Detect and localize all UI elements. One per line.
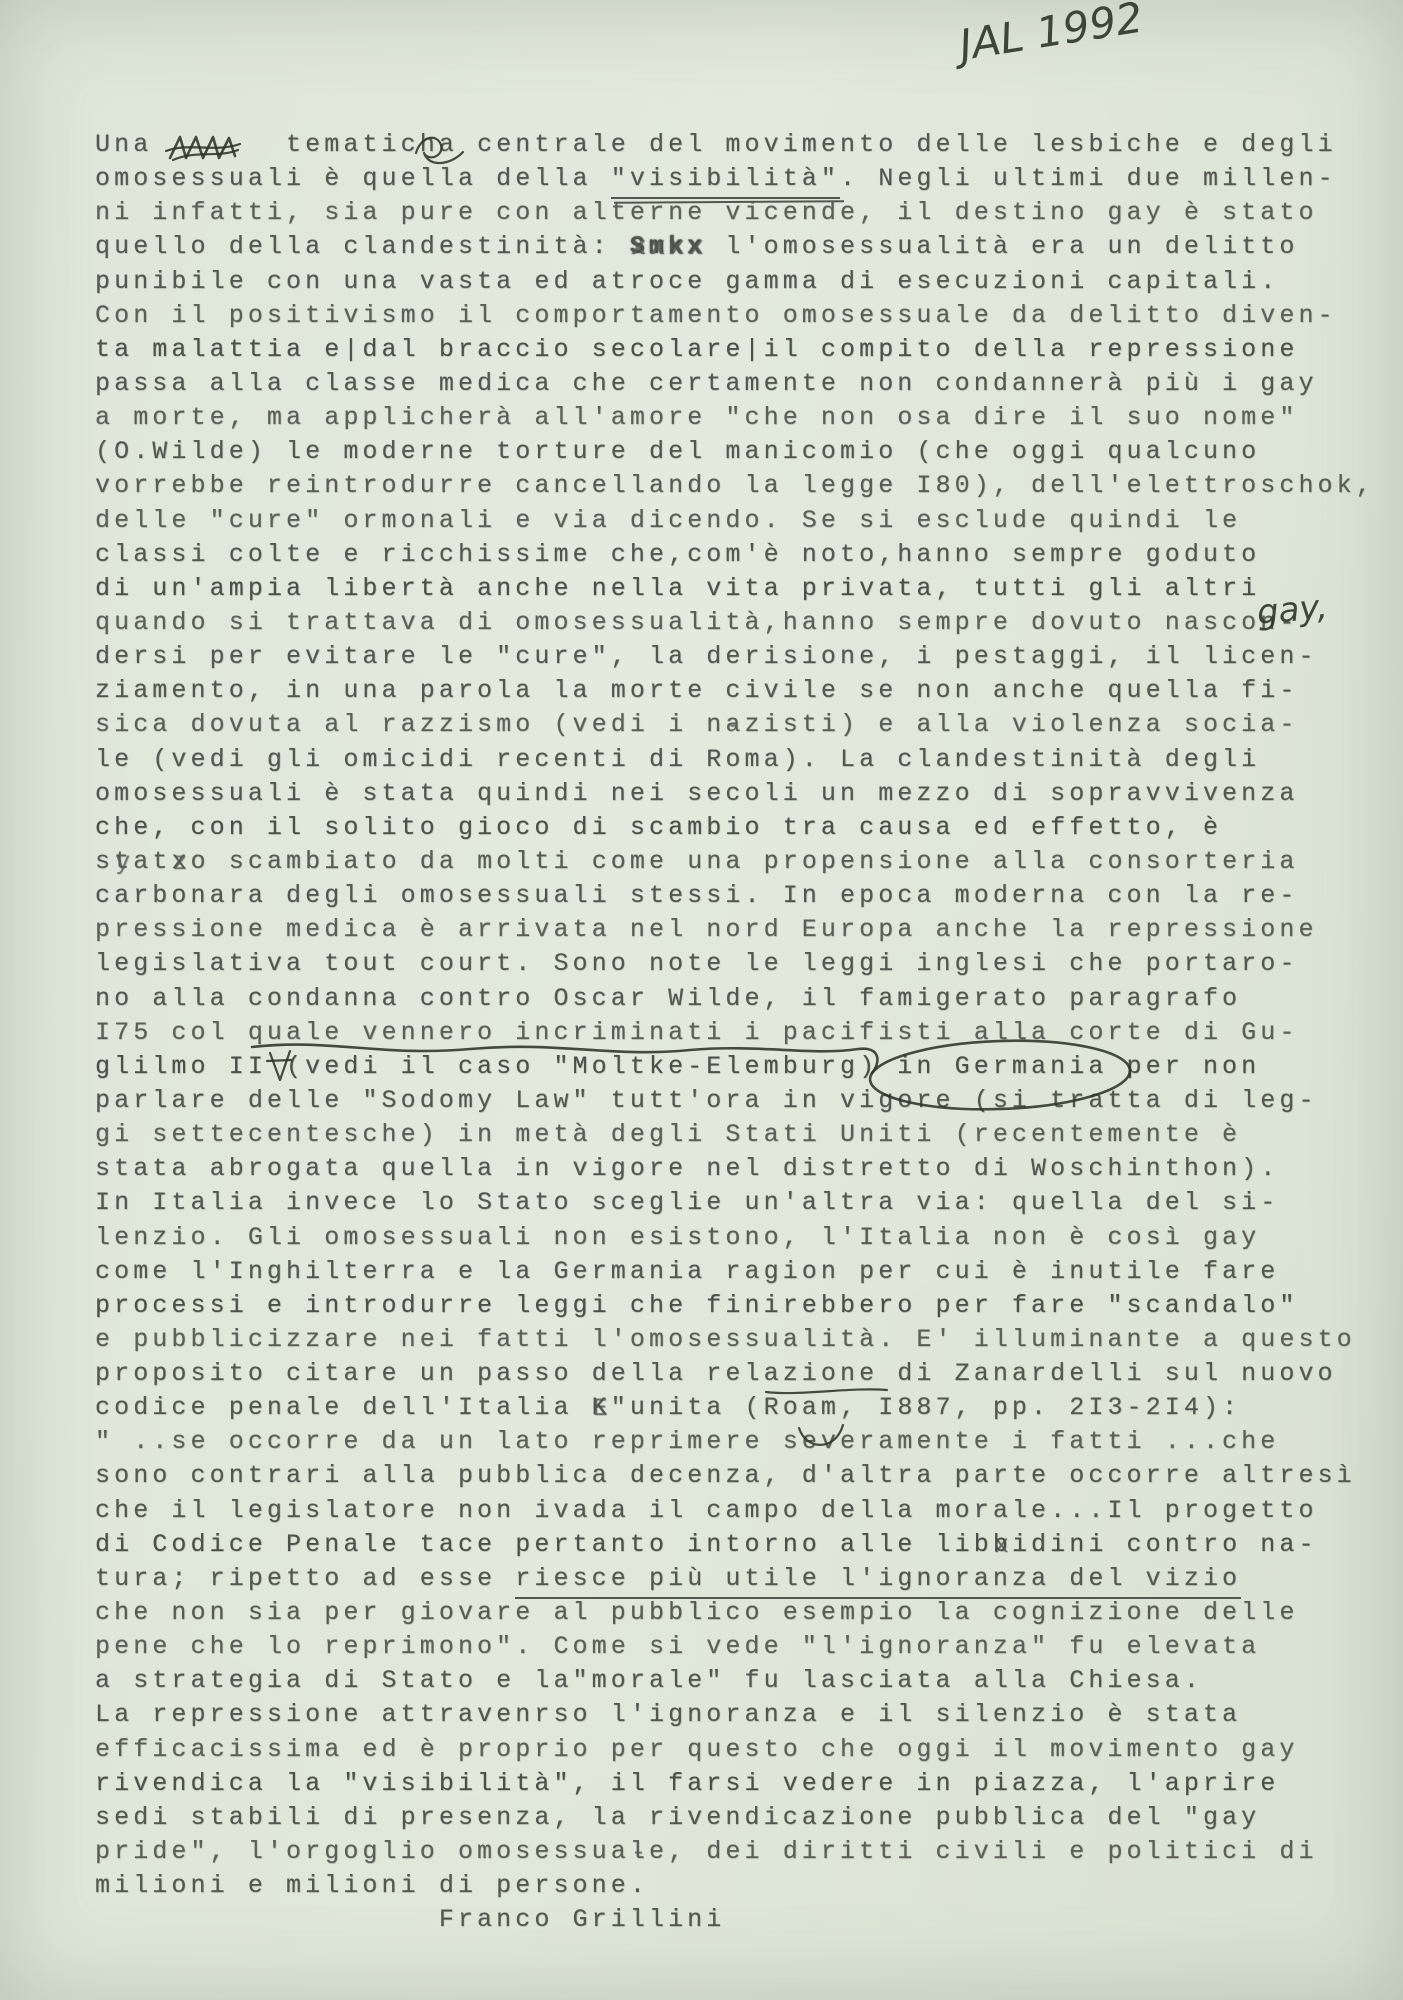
typed-line: efficacissima ed è proprio per questo ch… [95,1733,1375,1767]
typed-line: sica dovuta al razzismo (vedi i nazisti)… [95,708,1375,742]
typed-segment: carbonara degli omosessuali stessi. In e… [95,881,1298,910]
typed-line: stata abrogata quella in vigore nel dist… [95,1152,1375,1186]
typed-segment: lenzio. Gli omosessuali non esistono, l'… [95,1223,1260,1252]
typed-line: di un'ampia libertà anche nella vita pri… [95,572,1375,606]
typed-line: quello della clandestinità: Smkx l'omose… [95,230,1375,264]
typewritten-page: Una tematicha centrale del movimento del… [0,0,1403,2000]
typed-segment: tura; ripetto ad esse [95,1564,515,1593]
typed-line: lenzio. Gli omosessuali non esistono, l'… [95,1221,1375,1255]
typed-line: statxo scambiato da molti come una prope… [95,845,1375,879]
typed-line: vorrebbe reintrodurre cancellando la leg… [95,469,1375,503]
typed-line: che non sia per giovare al pubblico esem… [95,1596,1375,1630]
typed-segment: che non sia per giovare al pubblico esem… [95,1598,1298,1627]
typed-segment: ziamento, in una parola la morte civile … [95,676,1298,705]
corner-note: JAL 1992 [949,0,1146,71]
typed-segment: classi colte e ricchissime che,com'è not… [95,540,1260,569]
typed-line: quando si trattava di omosessualità,hann… [95,606,1375,640]
typed-line: passa alla classe medica che certamente … [95,367,1375,401]
typed-segment: rivendica la "visibilità", il farsi vede… [95,1769,1279,1798]
typed-line: pride", l'orgoglio omosessuale, dei diri… [95,1835,1375,1869]
typed-segment: ta malattia e|dal braccio secolare|il co… [95,335,1298,364]
typed-segment: a [725,708,744,742]
typed-line: punibile con una vasta ed atroce gamma d… [95,265,1375,299]
typed-segment: quando si trattava di omosessualità,hann… [95,608,1298,637]
typed-segment: t [114,845,133,879]
typed-line: classi colte e ricchissime che,com'è not… [95,538,1375,572]
typed-segment: stata abrogata quella in vigore nel dist… [95,1154,1279,1183]
typed-line: gi settecentesche) in metà degli Stati U… [95,1118,1375,1152]
typed-segment: le (vedi gli omicidi recenti di Roma). L… [95,745,1260,774]
typed-segment: "visibilità" [611,162,840,199]
typed-line: omosessuali è stata quindi nei secoli un… [95,777,1375,811]
typed-segment: a morte, ma applicherà all'amore "che no… [95,403,1298,432]
typed-segment: codice penale dell'Italia [95,1393,592,1422]
typed-segment: o scambiato da molti come una propension… [191,847,1299,876]
typed-body: Una tematicha centrale del movimento del… [95,128,1375,1937]
typed-segment: tematicha centrale del movimento delle l… [267,130,1337,159]
typed-line: che il legislatore non ivada il campo de… [95,1494,1375,1528]
typed-line: Una tematicha centrale del movimento del… [95,128,1375,162]
typed-segment: no alla condanna contro Oscar Wilde, il … [95,984,1241,1013]
typed-line: e pubblicizzare nei fatti l'omosessualit… [95,1323,1375,1357]
typed-line: La repressione attravenrso l'ignoranza e… [95,1698,1375,1732]
typed-segment: sono contrari alla pubblica decenza, d'a… [95,1461,1356,1490]
typed-line: delle "cure" ormonali e via dicendo. Se … [95,504,1375,538]
typed-line: no alla condanna contro Oscar Wilde, il … [95,982,1375,1016]
typed-line: di Codice Penale tace pertanto intorno a… [95,1528,1375,1562]
typed-segment: " ..se occorre da un lato reprimere seve… [95,1427,1279,1456]
typed-segment: Franco Grillini [95,1905,725,1934]
typed-line: Con il positivismo il comportamento omos… [95,299,1375,333]
typed-segment: riesce più utile l'ignoranza del vizio [515,1562,1241,1599]
typed-line: parlare delle "Sodomy Law" tutt'ora in v… [95,1084,1375,1118]
typed-line: che, con il solito gioco di scambio tra … [95,811,1375,845]
typed-segment: parlare delle "Sodomy Law" tutt'ora in v… [95,1086,1318,1115]
typed-segment: omosessuali è stata quindi nei secoli un… [95,779,1298,808]
typed-line: a morte, ma applicherà all'amore "che no… [95,401,1375,435]
typed-segment: "unita (Roam, I887, pp. 2I3-2I4): [611,1393,1241,1422]
typed-line: legislativa tout court. Sono note le leg… [95,947,1375,981]
typed-segment: che, con il solito gioco di scambio tra … [95,813,1222,842]
typed-segment: pene che lo reprimono". Come si vede "l'… [95,1632,1260,1661]
typed-segment: punibile con una vasta ed atroce gamma d… [95,267,1279,296]
typed-line: pressione medica è arrivata nel nord Eur… [95,913,1375,947]
typed-line: ziamento, in una parola la morte civile … [95,674,1375,708]
typed-line: a strategia di Stato e la"morale" fu las… [95,1664,1375,1698]
typed-segment: gi settecentesche) in metà degli Stati U… [95,1120,1241,1149]
typed-segment: zisti) e alla violenza socia- [745,710,1299,739]
typed-segment: Una [95,130,171,159]
typed-segment: come l'Inghilterra e la Germania ragion … [95,1257,1279,1286]
typed-line: " ..se occorre da un lato reprimere seve… [95,1425,1375,1459]
typed-segment: di Codice Penale tace pertanto intorno a… [95,1530,993,1559]
typed-segment: sica dovuta al razzismo (vedi i n [95,710,725,739]
typed-line: pene che lo reprimono". Come si vede "l'… [95,1630,1375,1664]
typed-segment: processi e introdurre leggi che finirebb… [95,1291,1298,1320]
typed-segment: glilmo II (vedi il caso "Moltke-Elemburg… [95,1052,1260,1081]
typed-segment: Smkx [630,230,706,264]
typed-line: milioni e milioni di persone. [95,1869,1375,1903]
typed-segment: e pubblicizzare nei fatti l'omosessualit… [95,1325,1356,1354]
typed-segment: legislativa tout court. Sono note le leg… [95,949,1298,978]
typed-line: (O.Wilde) le moderne torture del manicom… [95,435,1375,469]
typed-line: come l'Inghilterra e la Germania ragion … [95,1255,1375,1289]
typed-segment: e, dei diritti civili e politici di [649,1837,1318,1866]
typed-segment: . Negli ultimi due millen- [840,164,1337,193]
typed-segment: La repressione attravenrso l'ignoranza e… [95,1700,1241,1729]
typed-segment: passa alla classe medica che certamente … [95,369,1318,398]
typed-line: dersi per evitare le "cure", la derision… [95,640,1375,674]
typed-segment: l'omosessualità era un delitto [706,232,1298,261]
typed-line: In Italia invece lo Stato sceglie un'alt… [95,1186,1375,1220]
typed-line: processi e introdurre leggi che finirebb… [95,1289,1375,1323]
typed-segment: K [592,1391,611,1425]
typed-line: proposito citare un passo della relazion… [95,1357,1375,1391]
typed-segment: In Italia invece lo Stato sceglie un'alt… [95,1188,1279,1217]
typed-segment: che il legislatore non ivada il campo de… [95,1496,1318,1525]
typed-segment: l [630,1835,649,1869]
typed-segment: s [95,847,114,876]
typed-line: codice penale dell'Italia K"unita (Roam,… [95,1391,1375,1425]
typed-line: sono contrari alla pubblica decenza, d'a… [95,1459,1375,1493]
typed-segment: pride", l'orgoglio omosessua [95,1837,630,1866]
typed-segment: (O.Wilde) le moderne torture del manicom… [95,437,1260,466]
typed-segment: efficacissima ed è proprio per questo ch… [95,1735,1298,1764]
typed-segment: idini contro na- [1012,1530,1318,1559]
typed-segment: di un'ampia libertà anche nella vita pri… [95,574,1260,603]
typed-segment: at [133,847,171,876]
corner-note-text: JAL 1992 [949,0,1146,71]
typed-line: ta malattia e|dal braccio secolare|il co… [95,333,1375,367]
typed-segment: milioni e milioni di persone. [95,1871,649,1900]
typed-segment: quello della clandestinità: [95,232,630,261]
typed-segment: vorrebbe reintrodurre cancellando la leg… [95,471,1375,500]
typed-segment: omosessuali è quella della [95,164,611,193]
typed-segment: a strategia di Stato e la"morale" fu las… [95,1666,1203,1695]
typed-line: rivendica la "visibilità", il farsi vede… [95,1767,1375,1801]
typed-line: sedi stabili di presenza, la rivendicazi… [95,1801,1375,1835]
typed-segment: b [993,1528,1012,1562]
typed-line: omosessuali è quella della "visibilità".… [95,162,1375,196]
typed-line: glilmo II (vedi il caso "Moltke-Elemburg… [95,1050,1375,1084]
typed-line: I75 col quale vennero incriminati i paci… [95,1016,1375,1050]
typed-segment: dersi per evitare le "cure", la derision… [95,642,1318,671]
typed-line: le (vedi gli omicidi recenti di Roma). L… [95,743,1375,777]
typed-segment: pressione medica è arrivata nel nord Eur… [95,915,1318,944]
typed-segment: delle "cure" ormonali e via dicendo. Se … [95,506,1241,535]
typed-segment: I75 col quale vennero incriminati i paci… [95,1018,1298,1047]
typed-line: carbonara degli omosessuali stessi. In e… [95,879,1375,913]
typed-line: Franco Grillini [95,1903,1375,1937]
typed-segment: proposito citare un passo della relazion… [95,1359,1337,1388]
typed-line: tura; ripetto ad esse riesce più utile l… [95,1562,1375,1596]
typed-segment [171,130,267,159]
typed-segment: Con il positivismo il comportamento omos… [95,301,1337,330]
typed-segment: sedi stabili di presenza, la rivendicazi… [95,1803,1260,1832]
typed-segment: x [171,845,190,879]
